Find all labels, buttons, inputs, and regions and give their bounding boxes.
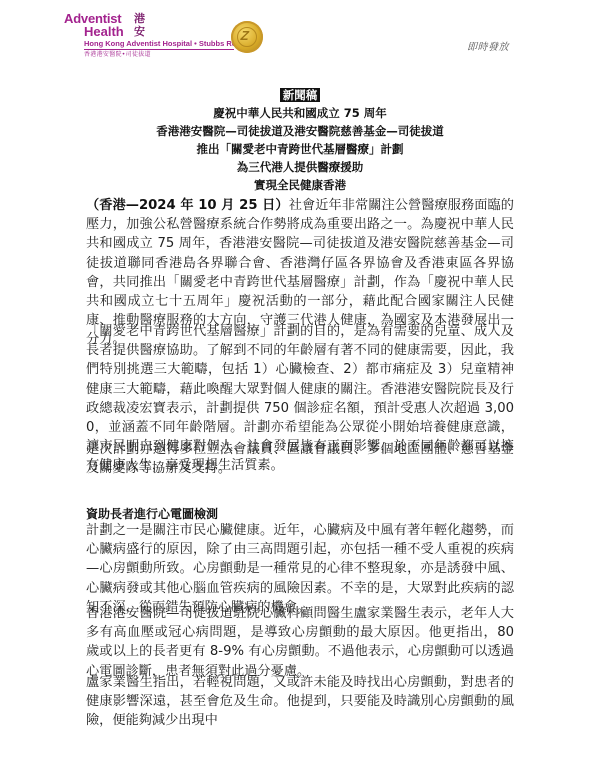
release-type: 即時發放 [467, 38, 509, 53]
logo-brand-zh2: 安 [134, 26, 145, 37]
paragraph-heart-health: 計劃之一是關注市民心臟健康。近年，心臟病及中風有著年輕化趨勢，而心臟病盛行的原因… [86, 521, 514, 617]
paragraph-text: 盧家業醫生指出，若輕視問題，又或許未能及時找出心房顫動，對患者的健康影響深遠，甚… [86, 675, 514, 728]
paragraph-supporters: 是次計劃亦邀得多位立法會議員、區議會議員、多個地區團體、慈善基金及關愛隊等協辦及… [86, 440, 514, 478]
headline-line: 推出「關愛老中青跨世代基層醫療」計劃 [60, 140, 540, 158]
paragraph-text: 是次計劃亦邀得多位立法會議員、區議會議員、多個地區團體、慈善基金及關愛隊等協辦及… [86, 442, 514, 476]
logo-brand-zh1: 港 [134, 13, 145, 24]
logo-brand-line2: Health [84, 25, 124, 38]
paragraph-doctor-warning: 盧家業醫生指出，若輕視問題，又或許未能及時找出心房顫動，對患者的健康影響深遠，甚… [86, 673, 514, 731]
headline-line: 實現全民健康香港 [60, 176, 540, 194]
press-release-label: 新聞稿 [280, 88, 321, 102]
headline-block: 新聞稿 慶祝中華人民共和國成立 75 周年 香港港安醫院—司徒拔道及港安醫院慈善… [60, 86, 540, 194]
section-heading: 資助長者進行心電圖檢測 [86, 505, 218, 522]
paragraph-text: 計劃之一是關注市民心臟健康。近年，心臟病及中風有著年輕化趨勢，而心臟病盛行的原因… [86, 523, 514, 615]
headline-line: 慶祝中華人民共和國成立 75 周年 [60, 104, 540, 122]
hospital-logo: Adventist 港 Health 安 Hong Kong Adventist… [64, 12, 254, 56]
logo-hospital-name-en: Hong Kong Adventist Hospital • Stubbs Ro… [84, 39, 234, 50]
logo-hospital-name-zh: 香港港安醫院•司徒拔道 [84, 51, 151, 58]
headline-line: 香港港安醫院—司徒拔道及港安醫院慈善基金—司徒拔道 [60, 122, 540, 140]
paragraph-doctor-statement: 香港港安醫院—司徒拔道駐院心臟科顧問醫生盧家業醫生表示，老年人大多有高血壓或冠心… [86, 604, 514, 681]
headline-line: 為三代港人提供醫療援助 [60, 158, 540, 176]
press-release-page: Adventist 港 Health 安 Hong Kong Adventist… [0, 0, 599, 784]
dateline: （香港—2024 年 10 月 25 日） [86, 198, 289, 213]
gold-seal-icon: Z [231, 21, 263, 53]
paragraph-text: 香港港安醫院—司徒拔道駐院心臟科顧問醫生盧家業醫生表示，老年人大多有高血壓或冠心… [86, 606, 514, 679]
